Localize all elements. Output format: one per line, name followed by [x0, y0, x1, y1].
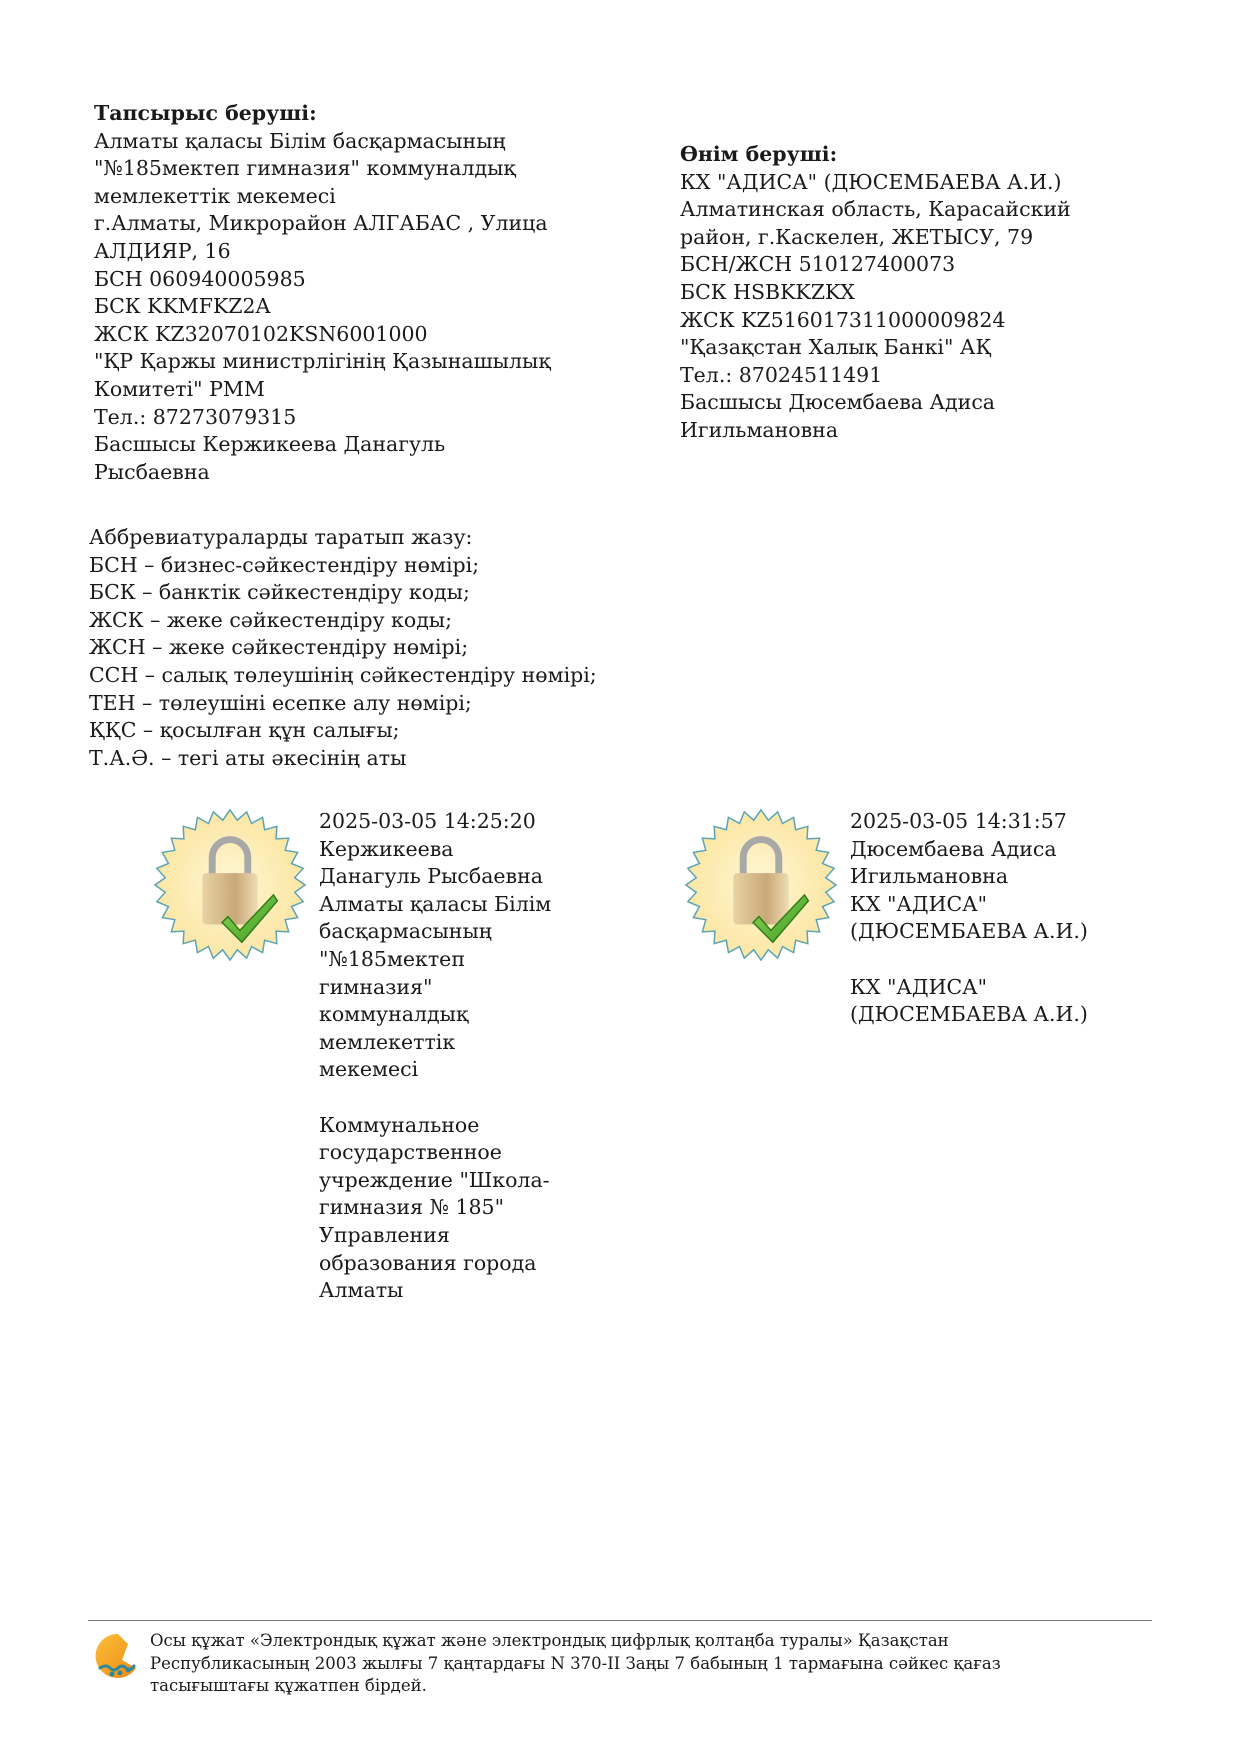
signature-details-1: 2025-03-05 14:25:20 Кержикеева Данагуль … — [319, 808, 551, 1305]
signer-name: Кержикеева — [319, 836, 551, 864]
customer-line: Алматы қаласы Білім басқармасының — [94, 128, 551, 156]
customer-heading: Тапсырыс беруші: — [94, 100, 551, 128]
signer-organization: басқармасының — [319, 918, 551, 946]
signer-organization: "№185мектеп — [319, 946, 551, 974]
customer-block: Тапсырыс беруші: Алматы қаласы Білім бас… — [94, 100, 551, 486]
customer-bic: БСК KKMFKZ2A — [94, 293, 551, 321]
signature-verified-lock-icon — [682, 806, 840, 964]
footer-line: Республикасының 2003 жылғы 7 қаңтардағы … — [150, 1653, 1001, 1676]
supplier-heading: Өнім беруші: — [680, 141, 1071, 169]
signer-organization-ru: Управления — [319, 1222, 551, 1250]
signer-organization: мемлекеттік — [319, 1029, 551, 1057]
supplier-bin: БСН/ЖСН 510127400073 — [680, 251, 1071, 279]
supplier-name: КХ "АДИСА" (ДЮСЕМБАЕВА А.И.) — [680, 169, 1071, 197]
signer-organization: Алматы қаласы Білім — [319, 891, 551, 919]
signer-organization-ru: образования города — [319, 1250, 551, 1278]
egov-sun-logo-icon — [92, 1630, 144, 1682]
signer-organization: мекемесі — [319, 1056, 551, 1084]
customer-address: г.Алматы, Микрорайон АЛГАБАС , Улица — [94, 210, 551, 238]
footer-legal-notice: Осы құжат «Электрондық құжат және электр… — [150, 1630, 1001, 1698]
signer-name: Дюсембаева Адиса — [850, 836, 1088, 864]
abbreviation-item: ТЕН – төлеушіні есепке алу нөмірі; — [89, 690, 597, 718]
abbreviation-item: ҚҚС – қосылған құн салығы; — [89, 717, 597, 745]
signature-timestamp: 2025-03-05 14:31:57 — [850, 808, 1088, 836]
abbreviation-item: ЖСК – жеке сәйкестендіру коды; — [89, 607, 597, 635]
signer-organization-ru: гимназия № 185" — [319, 1194, 551, 1222]
signer-organization-ru: Алматы — [319, 1277, 551, 1305]
abbreviation-item: ЖСН – жеке сәйкестендіру нөмірі; — [89, 634, 597, 662]
footer-line: Осы құжат «Электрондық құжат және электр… — [150, 1630, 1001, 1653]
footer-divider — [88, 1620, 1152, 1621]
customer-bank: "ҚР Қаржы министрлігінің Қазынашылық — [94, 348, 551, 376]
supplier-address: район, г.Каскелен, ЖЕТЫСУ, 79 — [680, 224, 1071, 252]
customer-address: АЛДИЯР, 16 — [94, 238, 551, 266]
signer-organization-ru: (ДЮСЕМБАЕВА А.И.) — [850, 1001, 1088, 1029]
signer-name: Игильмановна — [850, 863, 1088, 891]
abbreviations-block: Аббревиатураларды таратып жазу: БСН – би… — [89, 524, 597, 772]
customer-iban: ЖСК KZ32070102KSN6001000 — [94, 321, 551, 349]
signer-organization-ru: КХ "АДИСА" — [850, 974, 1088, 1002]
supplier-bank: "Қазақстан Халық Банкі" АҚ — [680, 334, 1071, 362]
supplier-phone: Тел.: 87024511491 — [680, 362, 1071, 390]
abbreviation-item: БСН – бизнес-сәйкестендіру нөмірі; — [89, 552, 597, 580]
supplier-head: Игильмановна — [680, 417, 1071, 445]
customer-head: Басшысы Кержикеева Данагуль — [94, 431, 551, 459]
spacer — [319, 1084, 551, 1112]
signer-organization-ru: государственное — [319, 1139, 551, 1167]
signature-verified-lock-icon — [151, 806, 309, 964]
spacer — [850, 946, 1088, 974]
signer-organization: коммуналдық — [319, 1001, 551, 1029]
customer-phone: Тел.: 87273079315 — [94, 404, 551, 432]
abbreviation-item: БСК – банктік сәйкестендіру коды; — [89, 579, 597, 607]
abbreviation-item: Т.А.Ә. – тегі аты әкесінің аты — [89, 745, 597, 773]
customer-bank: Комитеті" РММ — [94, 376, 551, 404]
signature-details-2: 2025-03-05 14:31:57 Дюсембаева Адиса Иги… — [850, 808, 1088, 1029]
signer-organization: КХ "АДИСА" — [850, 891, 1088, 919]
supplier-head: Басшысы Дюсембаева Адиса — [680, 389, 1071, 417]
supplier-block: Өнім беруші: КХ "АДИСА" (ДЮСЕМБАЕВА А.И.… — [680, 141, 1071, 445]
customer-bin: БСН 060940005985 — [94, 266, 551, 294]
signer-organization: (ДЮСЕМБАЕВА А.И.) — [850, 918, 1088, 946]
abbreviation-item: ССН – салық төлеушінің сәйкестендіру нөм… — [89, 662, 597, 690]
signer-name: Данагуль Рысбаевна — [319, 863, 551, 891]
footer-line: тасығыштағы құжатпен бірдей. — [150, 1675, 1001, 1698]
customer-head: Рысбаевна — [94, 459, 551, 487]
signer-organization-ru: учреждение "Школа- — [319, 1167, 551, 1195]
supplier-address: Алматинская область, Карасайский — [680, 196, 1071, 224]
abbreviations-title: Аббревиатураларды таратып жазу: — [89, 524, 597, 552]
supplier-bic: БСК HSBKKZKX — [680, 279, 1071, 307]
signer-organization: гимназия" — [319, 974, 551, 1002]
signer-organization-ru: Коммунальное — [319, 1112, 551, 1140]
signature-timestamp: 2025-03-05 14:25:20 — [319, 808, 551, 836]
customer-line: мемлекеттік мекемесі — [94, 183, 551, 211]
customer-line: "№185мектеп гимназия" коммуналдық — [94, 155, 551, 183]
supplier-iban: ЖСК KZ516017311000009824 — [680, 307, 1071, 335]
